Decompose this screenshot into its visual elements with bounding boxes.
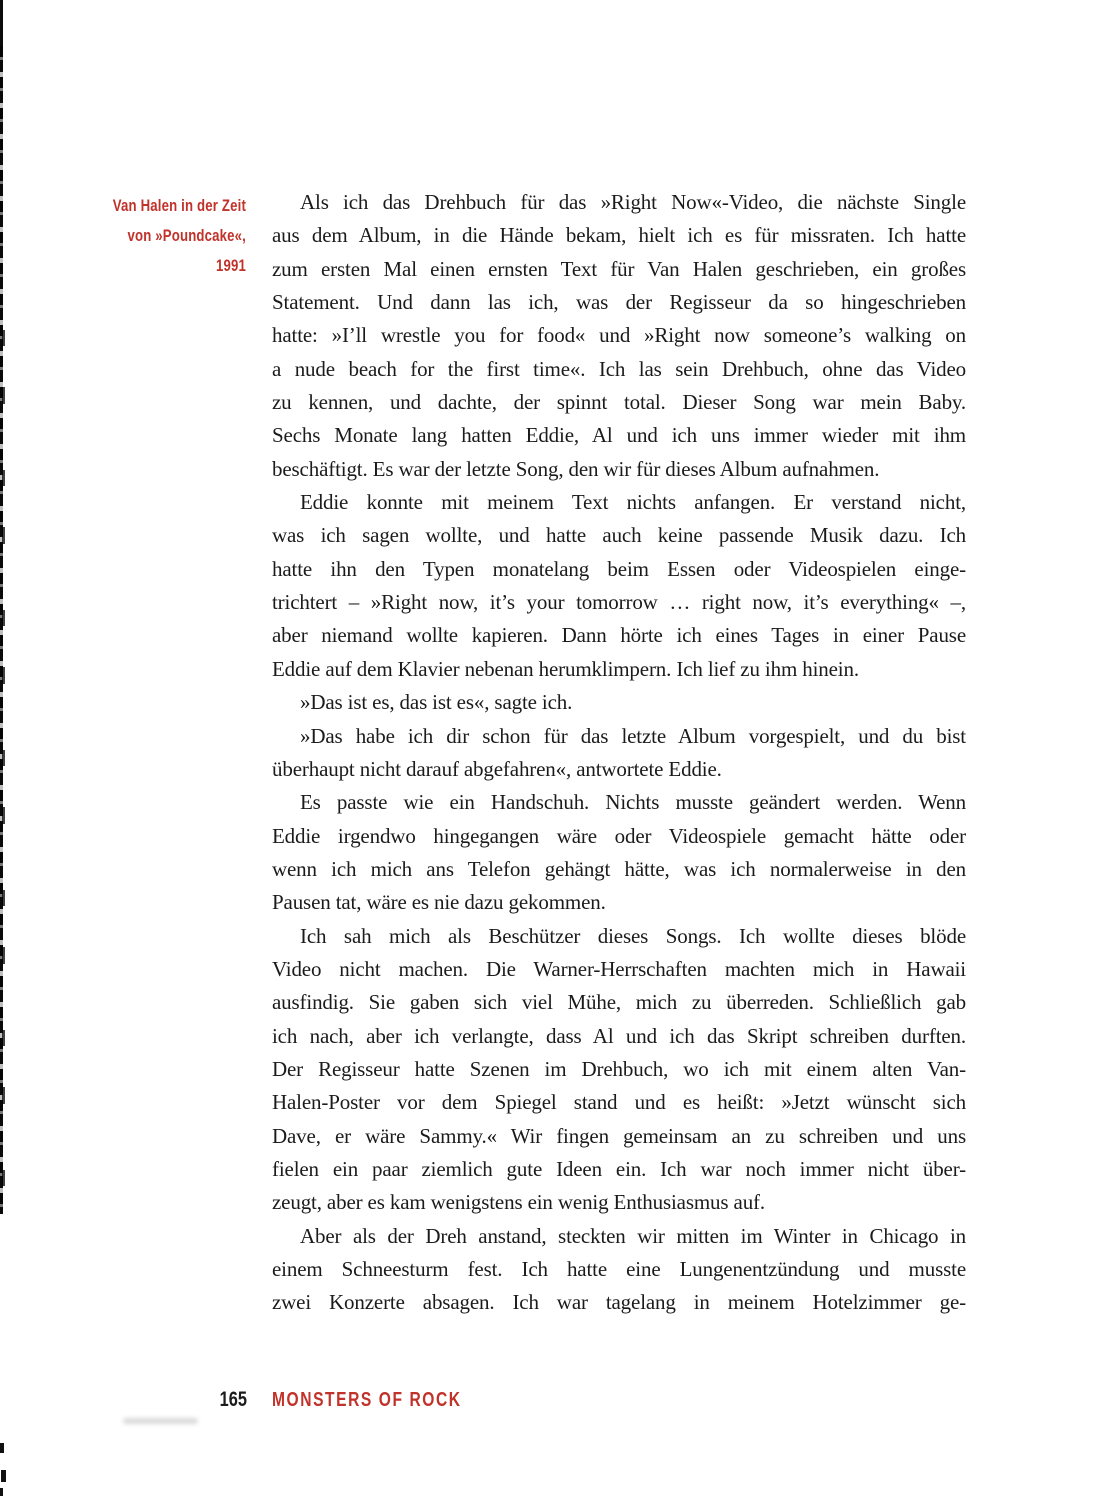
body-line: Aber als der Dreh anstand, steckten wir … (272, 1220, 966, 1253)
body-line: aber niemand wollte kapieren. Dann hörte… (272, 619, 966, 652)
scan-edge-artifact (0, 0, 3, 46)
body-line: hatte ihn den Typen monatelang beim Esse… (272, 553, 966, 586)
body-line: Video nicht machen. Die Warner-Herrschaf… (272, 953, 966, 986)
chapter-title: MONSTERS OF ROCK (272, 1389, 462, 1411)
book-page: Van Halen in der Zeit von »Poundcake«, 1… (0, 0, 1117, 1500)
margin-note: Van Halen in der Zeit von »Poundcake«, 1… (96, 191, 246, 281)
body-text: Als ich das Drehbuch für das »Right Now«… (272, 186, 966, 1320)
body-line: Als ich das Drehbuch für das »Right Now«… (272, 186, 966, 219)
body-line: Statement. Und dann las ich, was der Reg… (272, 286, 966, 319)
body-line: »Das ist es, das ist es«, sagte ich. (272, 686, 966, 719)
body-line: hatte: »I’ll wrestle you for food« und »… (272, 319, 966, 352)
body-line: Ich sah mich als Beschützer dieses Songs… (272, 920, 966, 953)
body-line: Eddie auf dem Klavier nebenan herumklimp… (272, 653, 966, 686)
body-line: Es passte wie ein Handschuh. Nichts muss… (272, 786, 966, 819)
body-line: Halen-Poster vor dem Spiegel stand und e… (272, 1086, 966, 1119)
scan-speck (1, 1470, 6, 1482)
body-line: zwei Konzerte absagen. Ich war tagelang … (272, 1286, 966, 1319)
scan-edge-artifact (2, 330, 5, 1210)
body-line: Der Regisseur hatte Szenen im Drehbuch, … (272, 1053, 966, 1086)
body-line: Sechs Monate lang hatten Eddie, Al und i… (272, 419, 966, 452)
body-line: Dave, er wäre Sammy.« Wir fingen gemeins… (272, 1120, 966, 1153)
margin-note-line: von »Poundcake«, 1991 (96, 221, 246, 281)
body-line: fielen ein paar ziemlich gute Ideen ein.… (272, 1153, 966, 1186)
body-line: Eddie irgendwo hingegangen wäre oder Vid… (272, 820, 966, 853)
body-line: was ich sagen wollte, und hatte auch kei… (272, 519, 966, 552)
body-line: a nude beach for the first time«. Ich la… (272, 353, 966, 386)
body-line: ausfindig. Sie gaben sich viel Mühe, mic… (272, 986, 966, 1019)
body-line: ich nach, aber ich verlangte, dass Al un… (272, 1020, 966, 1053)
page-number: 165 (195, 1389, 247, 1411)
body-line: Eddie konnte mit meinem Text nichts anfa… (272, 486, 966, 519)
body-line: wenn ich mich ans Telefon gehängt hätte,… (272, 853, 966, 886)
body-line: beschäftigt. Es war der letzte Song, den… (272, 453, 966, 486)
body-line: überhaupt nicht darauf abgefahren«, antw… (272, 753, 966, 786)
scan-speck (0, 1488, 3, 1496)
body-line: zu kennen, und dachte, der spinnt total.… (272, 386, 966, 419)
scan-speck (0, 1443, 4, 1453)
margin-note-line: Van Halen in der Zeit (96, 191, 246, 221)
body-line: trichtert – »Right now, it’s your tomorr… (272, 586, 966, 619)
body-line: einem Schneesturm fest. Ich hatte eine L… (272, 1253, 966, 1286)
scan-smudge (123, 1418, 198, 1424)
body-line: zeugt, aber es kam wenigstens ein wenig … (272, 1186, 966, 1219)
body-line: »Das habe ich dir schon für das letzte A… (272, 720, 966, 753)
body-line: aus dem Album, in die Hände bekam, hielt… (272, 219, 966, 252)
body-line: Pausen tat, wäre es nie dazu gekommen. (272, 886, 966, 919)
body-line: zum ersten Mal einen ernsten Text für Va… (272, 253, 966, 286)
